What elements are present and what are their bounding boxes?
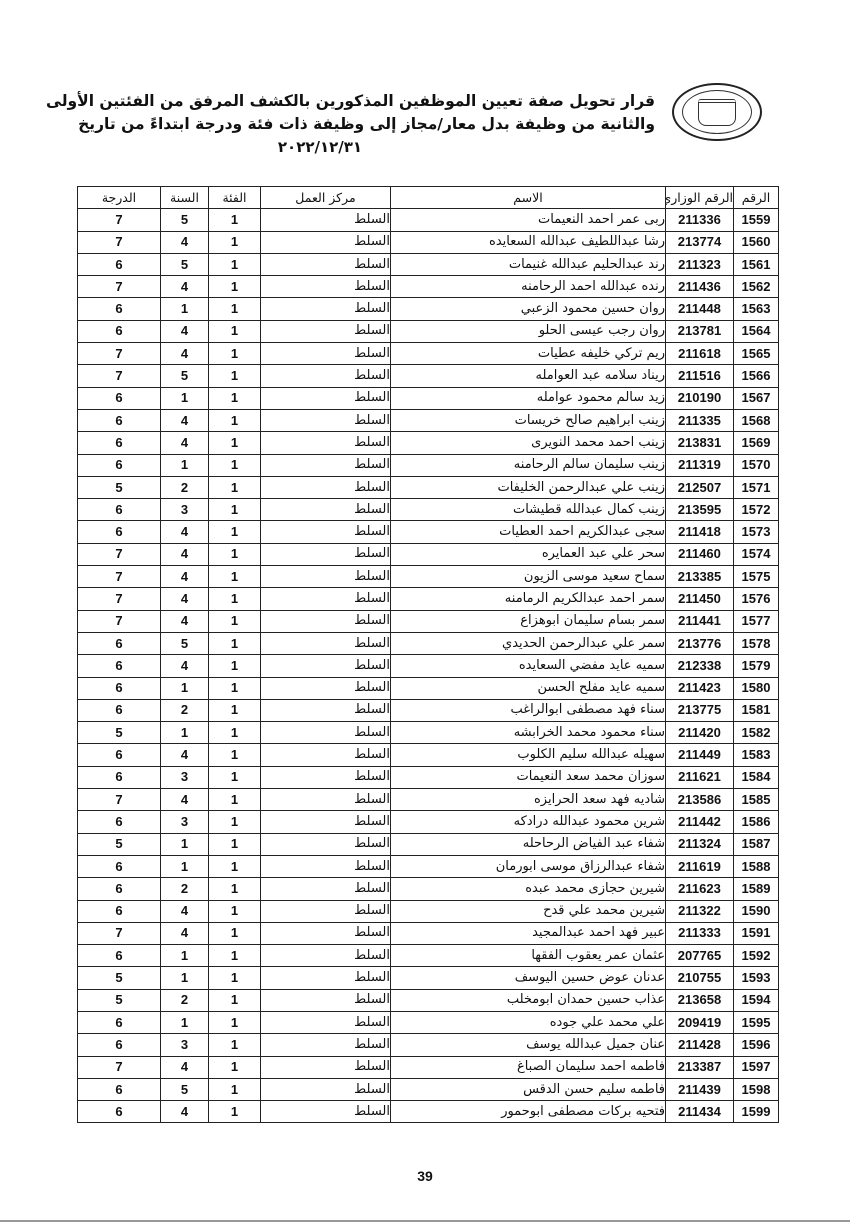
cell-category: 1: [209, 298, 261, 320]
cell-work-center: السلط: [261, 967, 391, 989]
cell-year: 2: [161, 989, 209, 1011]
cell-ministry-no: 211336: [666, 209, 734, 231]
cell-serial: 1580: [734, 677, 779, 699]
cell-serial: 1579: [734, 655, 779, 677]
cell-name: عدنان عوض حسين اليوسف: [391, 967, 666, 989]
cell-serial: 1562: [734, 276, 779, 298]
cell-grade: 6: [78, 766, 161, 788]
cell-name: رنده عبدالله احمد الرحامنه: [391, 276, 666, 298]
cell-work-center: السلط: [261, 610, 391, 632]
cell-year: 2: [161, 699, 209, 721]
cell-grade: 6: [78, 1034, 161, 1056]
cell-work-center: السلط: [261, 454, 391, 476]
cell-serial: 1585: [734, 789, 779, 811]
cell-category: 1: [209, 543, 261, 565]
cell-category: 1: [209, 922, 261, 944]
cell-work-center: السلط: [261, 878, 391, 900]
cell-grade: 7: [78, 588, 161, 610]
cell-ministry-no: 211322: [666, 900, 734, 922]
cell-work-center: السلط: [261, 677, 391, 699]
cell-grade: 6: [78, 655, 161, 677]
cell-grade: 7: [78, 343, 161, 365]
cell-category: 1: [209, 811, 261, 833]
cell-name: شاديه فهد سعد الحرايزه: [391, 789, 666, 811]
cell-category: 1: [209, 1078, 261, 1100]
cell-ministry-no: 210190: [666, 387, 734, 409]
cell-serial: 1567: [734, 387, 779, 409]
cell-serial: 1581: [734, 699, 779, 721]
cell-year: 4: [161, 521, 209, 543]
document-page: قرار تحويل صفة تعيين الموظفين المذكورين …: [0, 0, 850, 1223]
cell-name: عذاب حسين حمدان ابومخلب: [391, 989, 666, 1011]
cell-year: 5: [161, 1078, 209, 1100]
title-date: ٢٠٢٢/١٢/٣١: [95, 136, 655, 159]
cell-category: 1: [209, 276, 261, 298]
cell-name: سماح سعيد موسى الزيون: [391, 566, 666, 588]
cell-name: سمر علي عبدالرحمن الحديدي: [391, 632, 666, 654]
cell-category: 1: [209, 387, 261, 409]
cell-year: 4: [161, 432, 209, 454]
cell-category: 1: [209, 1011, 261, 1033]
cell-category: 1: [209, 253, 261, 275]
cell-year: 4: [161, 276, 209, 298]
table-row: 1597213387فاطمه احمد سليمان الصباغالسلط1…: [78, 1056, 779, 1078]
cell-name: عبير فهد احمد عبدالمجيد: [391, 922, 666, 944]
cell-year: 2: [161, 476, 209, 498]
cell-year: 4: [161, 588, 209, 610]
cell-year: 1: [161, 945, 209, 967]
cell-name: ريم تركي خليفه عطيات: [391, 343, 666, 365]
cell-name: شيرين حجازى محمد عبده: [391, 878, 666, 900]
cell-work-center: السلط: [261, 833, 391, 855]
cell-ministry-no: 211324: [666, 833, 734, 855]
cell-grade: 6: [78, 253, 161, 275]
title-line-2: والثانية من وظيفة بدل معار/مجاز إلى وظيف…: [95, 113, 655, 136]
cell-grade: 7: [78, 231, 161, 253]
col-header-category: الفئة: [209, 187, 261, 209]
cell-work-center: السلط: [261, 521, 391, 543]
cell-work-center: السلط: [261, 343, 391, 365]
cell-ministry-no: 213831: [666, 432, 734, 454]
cell-grade: 6: [78, 499, 161, 521]
cell-work-center: السلط: [261, 1011, 391, 1033]
cell-year: 4: [161, 320, 209, 342]
cell-grade: 7: [78, 566, 161, 588]
table-row: 1587211324شفاء عبد الفياض الرحاحلهالسلط1…: [78, 833, 779, 855]
cell-grade: 6: [78, 409, 161, 431]
cell-year: 4: [161, 655, 209, 677]
cell-ministry-no: 211323: [666, 253, 734, 275]
cell-work-center: السلط: [261, 900, 391, 922]
cell-serial: 1591: [734, 922, 779, 944]
table-row: 1574211460سحر علي عبد العمايرهالسلط147: [78, 543, 779, 565]
cell-grade: 5: [78, 833, 161, 855]
cell-work-center: السلط: [261, 476, 391, 498]
cell-category: 1: [209, 967, 261, 989]
table-row: 1581213775سناء فهد مصطفى ابوالراغبالسلط1…: [78, 699, 779, 721]
cell-year: 4: [161, 1101, 209, 1123]
cell-serial: 1597: [734, 1056, 779, 1078]
cell-ministry-no: 211619: [666, 855, 734, 877]
cell-ministry-no: 209419: [666, 1011, 734, 1033]
title-line-1: قرار تحويل صفة تعيين الموظفين المذكورين …: [95, 90, 655, 113]
cell-name: عنان جميل عبدالله يوسف: [391, 1034, 666, 1056]
cell-work-center: السلط: [261, 209, 391, 231]
table-row: 1571212507زينب علي عبدالرحمن الخليفاتالس…: [78, 476, 779, 498]
cell-year: 4: [161, 409, 209, 431]
cell-name: رند عبدالحليم عبدالله غنيمات: [391, 253, 666, 275]
cell-grade: 6: [78, 677, 161, 699]
cell-category: 1: [209, 343, 261, 365]
cell-serial: 1569: [734, 432, 779, 454]
cell-grade: 7: [78, 543, 161, 565]
cell-grade: 7: [78, 922, 161, 944]
cell-grade: 6: [78, 744, 161, 766]
cell-year: 5: [161, 365, 209, 387]
cell-work-center: السلط: [261, 409, 391, 431]
cell-category: 1: [209, 365, 261, 387]
cell-ministry-no: 211442: [666, 811, 734, 833]
cell-category: 1: [209, 476, 261, 498]
cell-ministry-no: 207765: [666, 945, 734, 967]
cell-ministry-no: 213658: [666, 989, 734, 1011]
cell-category: 1: [209, 1056, 261, 1078]
cell-ministry-no: 211448: [666, 298, 734, 320]
table-row: 1585213586شاديه فهد سعد الحرايزهالسلط147: [78, 789, 779, 811]
cell-ministry-no: 211436: [666, 276, 734, 298]
cell-category: 1: [209, 521, 261, 543]
cell-grade: 6: [78, 878, 161, 900]
cell-serial: 1584: [734, 766, 779, 788]
cell-work-center: السلط: [261, 811, 391, 833]
cell-grade: 7: [78, 365, 161, 387]
cell-name: زينب احمد محمد النويرى: [391, 432, 666, 454]
cell-serial: 1594: [734, 989, 779, 1011]
table-row: 1575213385سماح سعيد موسى الزيونالسلط147: [78, 566, 779, 588]
table-row: 1567210190زيد سالم محمود عواملهالسلط116: [78, 387, 779, 409]
cell-serial: 1560: [734, 231, 779, 253]
cell-ministry-no: 212338: [666, 655, 734, 677]
cell-year: 3: [161, 811, 209, 833]
cell-year: 4: [161, 543, 209, 565]
cell-name: روان حسين محمود الزعبي: [391, 298, 666, 320]
table-row: 1591211333عبير فهد احمد عبدالمجيدالسلط14…: [78, 922, 779, 944]
cell-category: 1: [209, 945, 261, 967]
cell-grade: 6: [78, 811, 161, 833]
table-row: 1588211619شفاء عبدالرزاق موسى ابورمانالس…: [78, 855, 779, 877]
cell-year: 5: [161, 209, 209, 231]
table-row: 1568211335زينب ابراهيم صالح خريساتالسلط1…: [78, 409, 779, 431]
table-row: 1572213595زينب كمال عبدالله قطيشاتالسلط1…: [78, 499, 779, 521]
cell-work-center: السلط: [261, 789, 391, 811]
cell-ministry-no: 211618: [666, 343, 734, 365]
table-row: 1559211336ربى عمر احمد النعيماتالسلط157: [78, 209, 779, 231]
cell-serial: 1586: [734, 811, 779, 833]
table-row: 1595209419علي محمد علي جودهالسلط116: [78, 1011, 779, 1033]
table-header-row: الرقم الرقم الوزاري الاسم مركز العمل الف…: [78, 187, 779, 209]
page-number: 39: [0, 1168, 850, 1184]
col-header-ministry-no: الرقم الوزاري: [666, 187, 734, 209]
cell-category: 1: [209, 699, 261, 721]
cell-ministry-no: 213387: [666, 1056, 734, 1078]
cell-name: سحر علي عبد العمايره: [391, 543, 666, 565]
cell-ministry-no: 213586: [666, 789, 734, 811]
cell-year: 4: [161, 1056, 209, 1078]
cell-work-center: السلط: [261, 855, 391, 877]
cell-ministry-no: 211335: [666, 409, 734, 431]
cell-serial: 1571: [734, 476, 779, 498]
cell-year: 3: [161, 1034, 209, 1056]
cell-grade: 5: [78, 476, 161, 498]
cell-year: 5: [161, 632, 209, 654]
employees-table: الرقم الرقم الوزاري الاسم مركز العمل الف…: [77, 186, 779, 1123]
cell-name: سمر احمد عبدالكريم الرمامنه: [391, 588, 666, 610]
table-row: 1586211442شرين محمود عبدالله درادكهالسلط…: [78, 811, 779, 833]
cell-year: 4: [161, 231, 209, 253]
table-row: 1569213831زينب احمد محمد النويرىالسلط146: [78, 432, 779, 454]
cell-work-center: السلط: [261, 699, 391, 721]
cell-ministry-no: 213781: [666, 320, 734, 342]
cell-category: 1: [209, 1101, 261, 1123]
cell-work-center: السلط: [261, 1078, 391, 1100]
cell-name: رشا عبداللطيف عبدالله السعايده: [391, 231, 666, 253]
cell-category: 1: [209, 722, 261, 744]
table-row: 1573211418سجى عبدالكريم احمد العطياتالسل…: [78, 521, 779, 543]
cell-ministry-no: 211441: [666, 610, 734, 632]
cell-name: سمر بسام سليمان ابوهزاع: [391, 610, 666, 632]
cell-ministry-no: 211319: [666, 454, 734, 476]
emblem-inner-ring: [682, 90, 752, 134]
ministry-emblem-icon: [672, 83, 762, 141]
cell-ministry-no: 211423: [666, 677, 734, 699]
cell-grade: 6: [78, 855, 161, 877]
cell-serial: 1587: [734, 833, 779, 855]
cell-name: علي محمد علي جوده: [391, 1011, 666, 1033]
cell-year: 1: [161, 677, 209, 699]
table-body: 1559211336ربى عمر احمد النعيماتالسلط1571…: [78, 209, 779, 1123]
cell-ministry-no: 212507: [666, 476, 734, 498]
cell-category: 1: [209, 989, 261, 1011]
cell-grade: 7: [78, 1056, 161, 1078]
cell-ministry-no: 211460: [666, 543, 734, 565]
cell-serial: 1563: [734, 298, 779, 320]
cell-grade: 6: [78, 1101, 161, 1123]
table-row: 1598211439فاطمه سليم حسن الدقسالسلط156: [78, 1078, 779, 1100]
table-row: 1577211441سمر بسام سليمان ابوهزاعالسلط14…: [78, 610, 779, 632]
cell-name: زينب سليمان سالم الرحامنه: [391, 454, 666, 476]
cell-serial: 1583: [734, 744, 779, 766]
cell-name: شفاء عبد الفياض الرحاحله: [391, 833, 666, 855]
cell-year: 1: [161, 454, 209, 476]
table-row: 1580211423سميه عايد مفلح الحسنالسلط116: [78, 677, 779, 699]
cell-category: 1: [209, 766, 261, 788]
cell-work-center: السلط: [261, 632, 391, 654]
cell-ministry-no: 211420: [666, 722, 734, 744]
cell-grade: 6: [78, 1078, 161, 1100]
cell-grade: 5: [78, 989, 161, 1011]
cell-work-center: السلط: [261, 588, 391, 610]
cell-name: ربى عمر احمد النعيمات: [391, 209, 666, 231]
cell-work-center: السلط: [261, 231, 391, 253]
cell-category: 1: [209, 409, 261, 431]
cell-name: ريناد سلامه عبد العوامله: [391, 365, 666, 387]
cell-ministry-no: 211434: [666, 1101, 734, 1123]
cell-ministry-no: 213776: [666, 632, 734, 654]
cell-name: شفاء عبدالرزاق موسى ابورمان: [391, 855, 666, 877]
cell-category: 1: [209, 1034, 261, 1056]
cell-year: 3: [161, 499, 209, 521]
cell-ministry-no: 211516: [666, 365, 734, 387]
cell-ministry-no: 213774: [666, 231, 734, 253]
cell-name: زينب علي عبدالرحمن الخليفات: [391, 476, 666, 498]
cell-work-center: السلط: [261, 722, 391, 744]
table-row: 1560213774رشا عبداللطيف عبدالله السعايده…: [78, 231, 779, 253]
col-header-name: الاسم: [391, 187, 666, 209]
table-row: 1561211323رند عبدالحليم عبدالله غنيماتال…: [78, 253, 779, 275]
cell-serial: 1596: [734, 1034, 779, 1056]
cell-ministry-no: 213595: [666, 499, 734, 521]
cell-name: سميه عايد مفضي السعايده: [391, 655, 666, 677]
cell-name: فاطمه سليم حسن الدقس: [391, 1078, 666, 1100]
cell-ministry-no: 211439: [666, 1078, 734, 1100]
cell-serial: 1568: [734, 409, 779, 431]
table-row: 1584211621سوزان محمد سعد النعيماتالسلط13…: [78, 766, 779, 788]
cell-ministry-no: 211450: [666, 588, 734, 610]
cell-ministry-no: 213385: [666, 566, 734, 588]
cell-category: 1: [209, 789, 261, 811]
cell-grade: 6: [78, 900, 161, 922]
table-row: 1596211428عنان جميل عبدالله يوسفالسلط136: [78, 1034, 779, 1056]
cell-work-center: السلط: [261, 922, 391, 944]
cell-serial: 1573: [734, 521, 779, 543]
cell-name: فاطمه احمد سليمان الصباغ: [391, 1056, 666, 1078]
cell-work-center: السلط: [261, 1101, 391, 1123]
cell-work-center: السلط: [261, 989, 391, 1011]
cell-grade: 7: [78, 276, 161, 298]
cell-grade: 6: [78, 432, 161, 454]
cell-year: 1: [161, 855, 209, 877]
cell-serial: 1599: [734, 1101, 779, 1123]
cell-serial: 1588: [734, 855, 779, 877]
cell-grade: 6: [78, 387, 161, 409]
table-row: 1592207765عثمان عمر يعقوب الفقهاالسلط116: [78, 945, 779, 967]
cell-category: 1: [209, 744, 261, 766]
cell-serial: 1589: [734, 878, 779, 900]
cell-grade: 6: [78, 298, 161, 320]
cell-serial: 1593: [734, 967, 779, 989]
cell-name: فتحيه بركات مصطفى ابوحمور: [391, 1101, 666, 1123]
cell-name: شيرين محمد علي قدح: [391, 900, 666, 922]
cell-work-center: السلط: [261, 1034, 391, 1056]
cell-year: 3: [161, 766, 209, 788]
cell-work-center: السلط: [261, 499, 391, 521]
table-row: 1565211618ريم تركي خليفه عطياتالسلط147: [78, 343, 779, 365]
cell-category: 1: [209, 878, 261, 900]
table-row: 1599211434فتحيه بركات مصطفى ابوحمورالسلط…: [78, 1101, 779, 1123]
cell-ministry-no: 211623: [666, 878, 734, 900]
cell-category: 1: [209, 588, 261, 610]
document-title: قرار تحويل صفة تعيين الموظفين المذكورين …: [95, 90, 655, 159]
cell-year: 1: [161, 1011, 209, 1033]
cell-ministry-no: 211428: [666, 1034, 734, 1056]
table-row: 1570211319زينب سليمان سالم الرحامنهالسلط…: [78, 454, 779, 476]
cell-work-center: السلط: [261, 543, 391, 565]
cell-serial: 1590: [734, 900, 779, 922]
cell-serial: 1561: [734, 253, 779, 275]
cell-name: سميه عايد مفلح الحسن: [391, 677, 666, 699]
cell-grade: 7: [78, 610, 161, 632]
cell-work-center: السلط: [261, 766, 391, 788]
cell-category: 1: [209, 677, 261, 699]
cell-year: 1: [161, 833, 209, 855]
cell-ministry-no: 211418: [666, 521, 734, 543]
table-row: 1579212338سميه عايد مفضي السعايدهالسلط14…: [78, 655, 779, 677]
cell-year: 1: [161, 967, 209, 989]
table-row: 1582211420سناء محمود محمد الخرابشهالسلط1…: [78, 722, 779, 744]
cell-serial: 1564: [734, 320, 779, 342]
cell-name: زيد سالم محمود عوامله: [391, 387, 666, 409]
cell-serial: 1574: [734, 543, 779, 565]
cell-year: 4: [161, 744, 209, 766]
cell-year: 1: [161, 387, 209, 409]
cell-work-center: السلط: [261, 253, 391, 275]
cell-work-center: السلط: [261, 566, 391, 588]
cell-year: 2: [161, 878, 209, 900]
cell-serial: 1577: [734, 610, 779, 632]
cell-ministry-no: 211449: [666, 744, 734, 766]
cell-category: 1: [209, 432, 261, 454]
cell-name: سهيله عبدالله سليم الكلوب: [391, 744, 666, 766]
cell-year: 4: [161, 343, 209, 365]
cell-work-center: السلط: [261, 298, 391, 320]
cell-year: 5: [161, 253, 209, 275]
cell-category: 1: [209, 900, 261, 922]
cell-category: 1: [209, 566, 261, 588]
cell-serial: 1570: [734, 454, 779, 476]
cell-category: 1: [209, 632, 261, 654]
table-row: 1566211516ريناد سلامه عبد العواملهالسلط1…: [78, 365, 779, 387]
table-row: 1590211322شيرين محمد علي قدحالسلط146: [78, 900, 779, 922]
table-row: 1563211448روان حسين محمود الزعبيالسلط116: [78, 298, 779, 320]
cell-category: 1: [209, 499, 261, 521]
cell-grade: 6: [78, 454, 161, 476]
cell-year: 4: [161, 789, 209, 811]
cell-work-center: السلط: [261, 276, 391, 298]
cell-serial: 1576: [734, 588, 779, 610]
cell-grade: 7: [78, 789, 161, 811]
cell-work-center: السلط: [261, 387, 391, 409]
emblem-crown-icon: [698, 99, 736, 126]
cell-serial: 1566: [734, 365, 779, 387]
table-row: 1564213781روان رجب عيسى الحلوالسلط146: [78, 320, 779, 342]
cell-ministry-no: 213775: [666, 699, 734, 721]
cell-serial: 1592: [734, 945, 779, 967]
table-row: 1593210755عدنان عوض حسين اليوسفالسلط115: [78, 967, 779, 989]
cell-work-center: السلط: [261, 320, 391, 342]
cell-category: 1: [209, 610, 261, 632]
footer-divider: [0, 1220, 850, 1222]
cell-grade: 6: [78, 699, 161, 721]
col-header-grade: الدرجة: [78, 187, 161, 209]
cell-year: 1: [161, 298, 209, 320]
table-row: 1583211449سهيله عبدالله سليم الكلوبالسلط…: [78, 744, 779, 766]
cell-grade: 6: [78, 521, 161, 543]
col-header-year: السنة: [161, 187, 209, 209]
cell-work-center: السلط: [261, 432, 391, 454]
cell-work-center: السلط: [261, 655, 391, 677]
cell-name: زينب ابراهيم صالح خريسات: [391, 409, 666, 431]
cell-serial: 1559: [734, 209, 779, 231]
